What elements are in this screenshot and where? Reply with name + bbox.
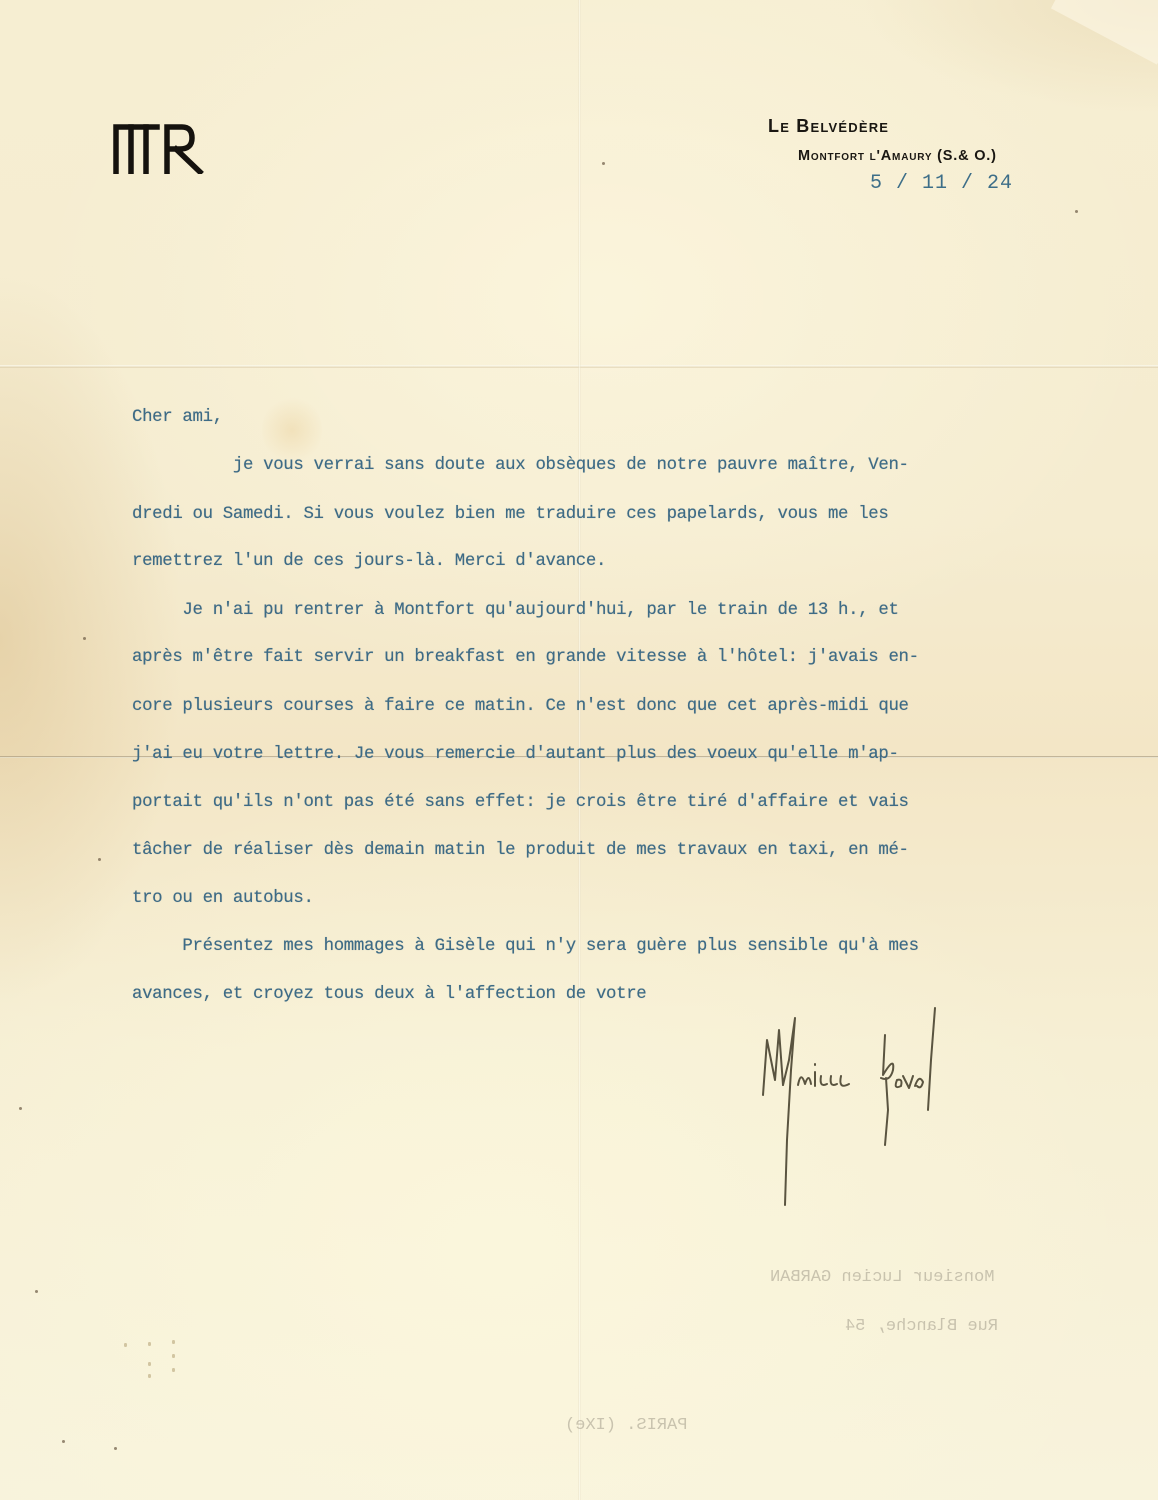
- ghost-address-line: Monsieur Lucien GARBAN: [770, 1268, 994, 1287]
- letter-line: je vous verrai sans doute aux obsèques d…: [132, 456, 909, 475]
- letter-line: remettrez l'un de ces jours-là. Merci d'…: [132, 552, 606, 571]
- paper-stain: [262, 395, 322, 465]
- letterhead-name: Le Belvédère: [768, 116, 889, 137]
- signature: [745, 1000, 955, 1215]
- letter-line: core plusieurs courses à faire ce matin.…: [132, 697, 909, 716]
- letter-line: Présentez mes hommages à Gisèle qui n'y …: [132, 937, 919, 956]
- monogram-logo-icon: [112, 122, 204, 179]
- letter-line: portait qu'ils n'ont pas été sans effet:…: [132, 793, 909, 812]
- ghost-address-line: PARIS. (IXe): [565, 1416, 687, 1435]
- letter-line: dredi ou Samedi. Si vous voulez bien me …: [132, 505, 888, 524]
- salutation: Cher ami,: [132, 408, 223, 427]
- letter-page: Le Belvédère Montfort l'Amaury (S.& O.) …: [0, 0, 1158, 1500]
- letter-line: après m'être fait servir un breakfast en…: [132, 648, 919, 667]
- letter-line: avances, et croyez tous deux à l'affecti…: [132, 985, 646, 1004]
- letter-date: 5 / 11 / 24: [870, 172, 1013, 195]
- letterhead-place: Montfort l'Amaury (S.& O.): [798, 148, 997, 164]
- letter-line: j'ai eu votre lettre. Je vous remercie d…: [132, 745, 899, 764]
- corner-crease: [1051, 0, 1158, 65]
- letter-line: tâcher de réaliser dès demain matin le p…: [132, 841, 909, 860]
- letter-line: tro ou en autobus.: [132, 889, 314, 908]
- letter-line: Je n'ai pu rentrer à Montfort qu'aujourd…: [132, 601, 899, 620]
- ghost-address-line: Rue Blanche, 54: [845, 1317, 998, 1336]
